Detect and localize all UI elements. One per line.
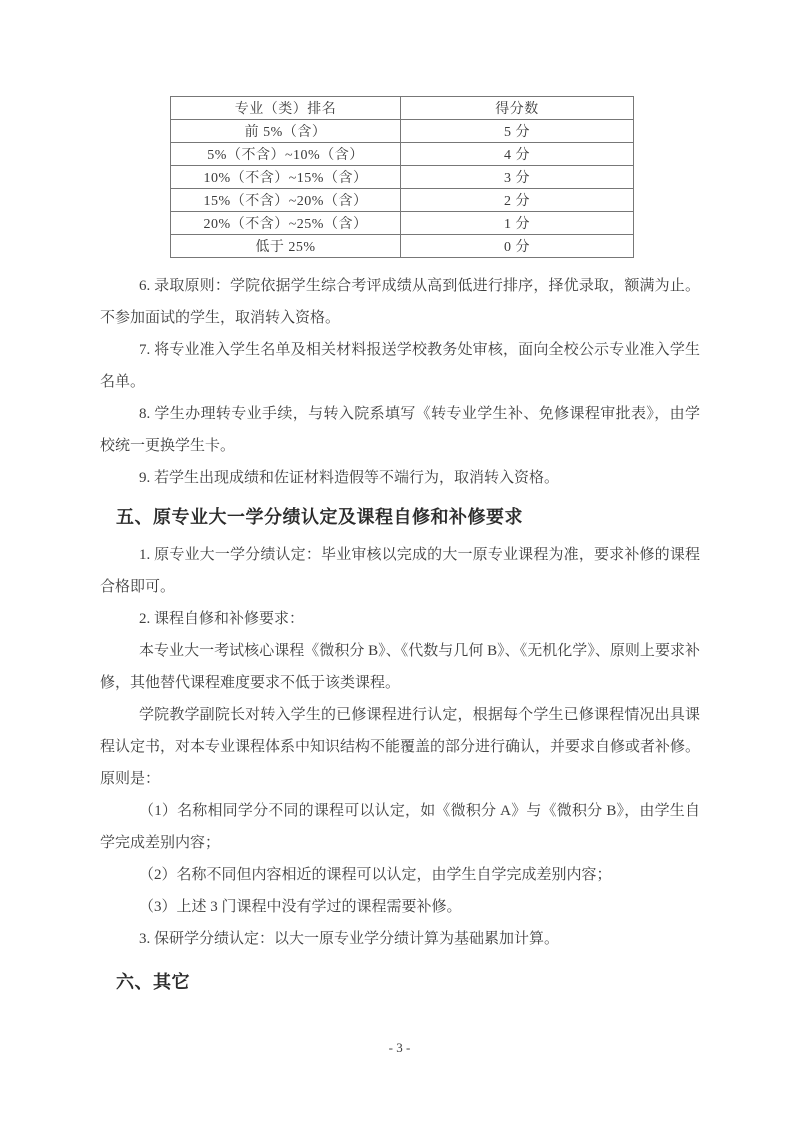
table-header-row: 专业（类）排名 得分数	[171, 97, 634, 120]
paragraph: （1）名称相同学分不同的课程可以认定，如《微积分 A》与《微积分 B》，由学生自…	[100, 795, 700, 859]
paragraph: 1. 原专业大一学分绩认定：毕业审核以完成的大一原专业课程为准，要求补修的课程合…	[100, 539, 700, 603]
section4-paragraphs: 6. 录取原则：学院依据学生综合考评成绩从高到低进行排序，择优录取，额满为止。不…	[100, 270, 700, 494]
paragraph: 6. 录取原则：学院依据学生综合考评成绩从高到低进行排序，择优录取，额满为止。不…	[100, 270, 700, 334]
paragraph: 本专业大一考试核心课程《微积分 B》、《代数与几何 B》、《无机化学》、原则上要…	[100, 635, 700, 699]
table-row: 前 5%（含） 5 分	[171, 120, 634, 143]
section5-paragraphs: 1. 原专业大一学分绩认定：毕业审核以完成的大一原专业课程为准，要求补修的课程合…	[100, 539, 700, 955]
table-header-cell: 得分数	[401, 97, 634, 120]
paragraph: （3）上述 3 门课程中没有学过的课程需要补修。	[100, 891, 700, 923]
table-cell: 5 分	[401, 120, 634, 143]
table-cell: 5%（不含）~10%（含）	[171, 143, 401, 166]
table-cell: 0 分	[401, 235, 634, 258]
table-cell: 4 分	[401, 143, 634, 166]
table-row: 10%（不含）~15%（含） 3 分	[171, 166, 634, 189]
section6-heading: 六、其它	[100, 969, 700, 995]
paragraph: 7. 将专业准入学生名单及相关材料报送学校教务处审核，面向全校公示专业准入学生名…	[100, 334, 700, 398]
table-row: 低于 25% 0 分	[171, 235, 634, 258]
paragraph: 8. 学生办理转专业手续，与转入院系填写《转专业学生补、免修课程审批表》，由学校…	[100, 398, 700, 462]
document-body: 专业（类）排名 得分数 前 5%（含） 5 分 5%（不含）~10%（含） 4 …	[0, 0, 799, 995]
section5-heading: 五、原专业大一学分绩认定及课程自修和补修要求	[100, 504, 700, 530]
table-cell: 3 分	[401, 166, 634, 189]
table-cell: 1 分	[401, 212, 634, 235]
table-cell: 10%（不含）~15%（含）	[171, 166, 401, 189]
paragraph: 学院教学副院长对转入学生的已修课程进行认定，根据每个学生已修课程情况出具课程认定…	[100, 699, 700, 795]
paragraph: 9. 若学生出现成绩和佐证材料造假等不端行为，取消转入资格。	[100, 462, 700, 494]
page-number: - 3 -	[0, 1040, 799, 1056]
table-cell: 低于 25%	[171, 235, 401, 258]
paragraph: 3. 保研学分绩认定：以大一原专业学分绩计算为基础累加计算。	[100, 923, 700, 955]
table-cell: 前 5%（含）	[171, 120, 401, 143]
document-page: { "colors": { "page_background": "#fffff…	[0, 0, 799, 1131]
table-row: 15%（不含）~20%（含） 2 分	[171, 189, 634, 212]
ranking-score-table: 专业（类）排名 得分数 前 5%（含） 5 分 5%（不含）~10%（含） 4 …	[170, 96, 634, 258]
table-cell: 20%（不含）~25%（含）	[171, 212, 401, 235]
paragraph: （2）名称不同但内容相近的课程可以认定，由学生自学完成差别内容；	[100, 859, 700, 891]
table-cell: 15%（不含）~20%（含）	[171, 189, 401, 212]
paragraph: 2. 课程自修和补修要求：	[100, 603, 700, 635]
table-row: 5%（不含）~10%（含） 4 分	[171, 143, 634, 166]
table-header-cell: 专业（类）排名	[171, 97, 401, 120]
table-cell: 2 分	[401, 189, 634, 212]
table-row: 20%（不含）~25%（含） 1 分	[171, 212, 634, 235]
